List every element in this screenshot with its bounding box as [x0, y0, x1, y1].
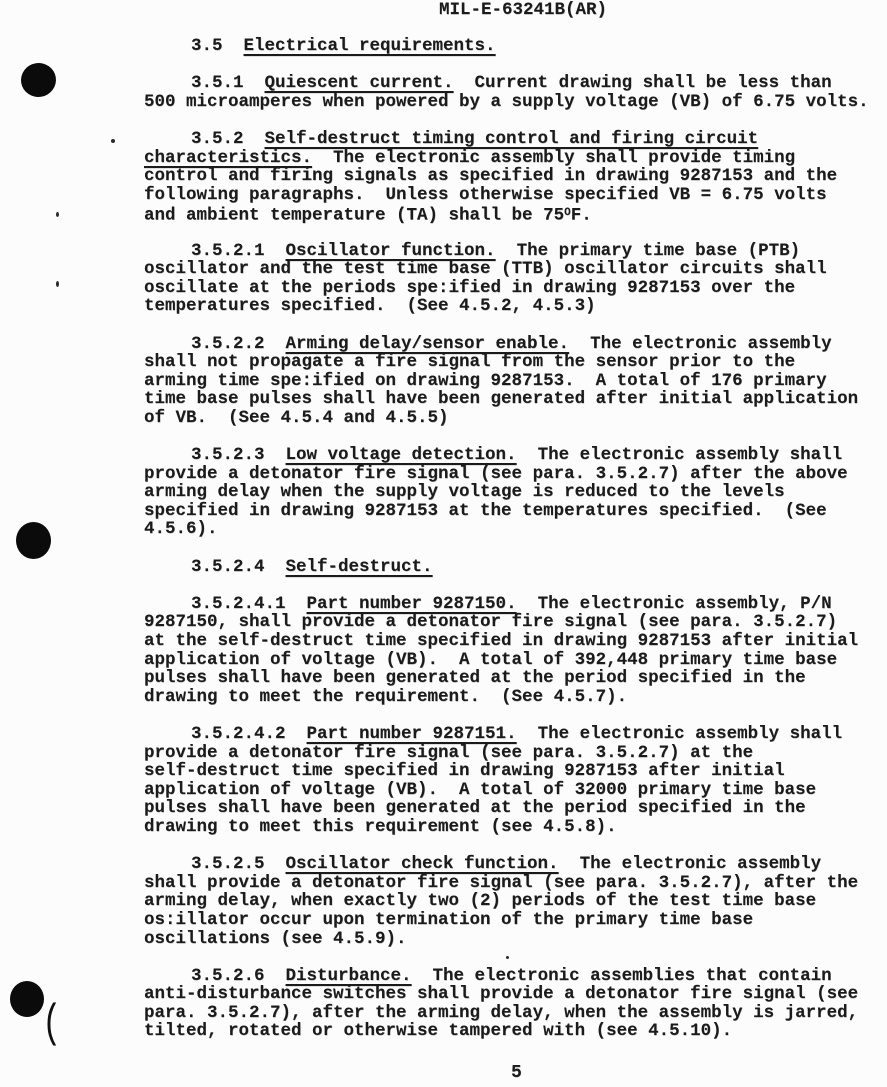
text-line: drawing to meet this requirement (see 4.… [144, 818, 884, 837]
text-segment: anti-disturbance switches shall provide … [144, 984, 858, 1004]
text-segment: self-destruct time specified in drawing … [144, 761, 785, 781]
text-segment: oscillator and the test time base (TTB) … [144, 259, 827, 279]
text-line: shall provide a detonator fire signal (s… [144, 874, 884, 893]
text-line: control and firing signals as specified … [144, 167, 884, 186]
text-line: oscillations (see 4.5.9). [144, 930, 884, 949]
text-line: arming delay when the supply voltage is … [144, 483, 884, 502]
text-segment: 3.5.2.6 [191, 966, 286, 986]
text-line: application of voltage (VB). A total of … [144, 781, 884, 800]
text-line: 3.5.2.5 Oscillator check function. The e… [144, 855, 884, 874]
text-segment: specified in drawing 9287153 at the temp… [144, 501, 827, 521]
paragraph-3.5.2.5: 3.5.2.5 Oscillator check function. The e… [144, 855, 884, 948]
text-line: arming time spe:ified on drawing 9287153… [144, 372, 884, 391]
text-line: pulses shall have been generated at the … [144, 669, 884, 688]
underlined-heading: Low voltage detection. [286, 445, 517, 465]
text-segment: The electronic assembly shall provide ti… [312, 148, 795, 168]
text-line: 3.5.2.2 Arming delay/sensor enable. The … [144, 335, 884, 354]
text-segment: The electronic assembly shall [517, 724, 843, 744]
text-segment: The electronic assembly [559, 854, 822, 874]
text-line: provide a detonator fire signal (see par… [144, 744, 884, 763]
text-segment: The electronic assembly [569, 334, 832, 354]
text-segment: 4.5.6). [144, 519, 218, 539]
paragraph-3.5.1: 3.5.1 Quiescent current. Current drawing… [144, 74, 884, 111]
paragraph-3.5.2.4.1: 3.5.2.4.1 Part number 9287150. The elect… [144, 595, 884, 707]
text-segment: os:illator occur upon termination of the… [144, 910, 753, 930]
text-segment: The electronic assembly shall [517, 445, 843, 465]
document-id-header: MIL-E-63241B(AR) [439, 1, 607, 20]
text-line: of VB. (See 4.5.4 and 4.5.5) [144, 409, 884, 428]
text-segment: time base pulses shall have been generat… [144, 389, 858, 409]
text-segment: shall provide a detonator fire signal (s… [144, 873, 858, 893]
text-line: 3.5.2.6 Disturbance. The electronic asse… [144, 967, 884, 986]
text-line: and ambient temperature (TA) shall be 75… [144, 204, 884, 223]
text-segment: application of voltage (VB). A total of … [144, 780, 816, 800]
text-line: shall not propagate a fire signal from t… [144, 353, 884, 372]
text-segment: 3.5 [191, 36, 244, 56]
text-line: tilted, rotated or otherwise tampered wi… [144, 1022, 884, 1041]
text-line: provide a detonator fire signal (see par… [144, 465, 884, 484]
text-line: 9287150, shall provide a detonator fire … [144, 613, 884, 632]
paragraph-3.5.2.1: 3.5.2.1 Oscillator function. The primary… [144, 242, 884, 316]
text-segment: drawing to meet this requirement (see 4.… [144, 817, 617, 837]
text-line: application of voltage (VB). A total of … [144, 651, 884, 670]
underlined-heading: Quiescent current. [265, 73, 454, 93]
hole-punch-mark [10, 981, 44, 1017]
text-segment: 3.5.2.4.2 [191, 724, 307, 744]
scan-speck [56, 212, 59, 217]
text-segment: arming delay when the supply voltage is … [144, 482, 785, 502]
text-segment: shall not propagate a fire signal from t… [144, 352, 795, 372]
text-segment: temperatures specified. (See 4.5.2, 4.5.… [144, 296, 596, 316]
text-segment: 500 microamperes when powered by a suppl… [144, 92, 869, 112]
underlined-heading: Oscillator check function. [286, 854, 559, 874]
text-line: 3.5.1 Quiescent current. Current drawing… [144, 74, 884, 93]
paragraph-3.5.2.3: 3.5.2.3 Low voltage detection. The elect… [144, 446, 884, 539]
text-line: pulses shall have been generated at the … [144, 799, 884, 818]
text-segment: 3.5.1 [191, 73, 265, 93]
text-segment: tilted, rotated or otherwise tampered wi… [144, 1021, 732, 1041]
text-segment: pulses shall have been generated at the … [144, 668, 806, 688]
text-segment: pulses shall have been generated at the … [144, 798, 806, 818]
text-segment: 3.5.2.5 [191, 854, 286, 874]
paragraph-3.5.2: 3.5.2 Self-destruct timing control and f… [144, 130, 884, 223]
underlined-heading: Part number 9287151. [307, 724, 517, 744]
text-segment: 3.5.2.2 [191, 334, 286, 354]
page-number: 5 [511, 1063, 522, 1083]
text-segment: drawing to meet the requirement. (See 4.… [144, 687, 627, 707]
text-line: os:illator occur upon termination of the… [144, 911, 884, 930]
text-line: para. 3.5.2.7), after the arming delay, … [144, 1004, 884, 1023]
text-line: following paragraphs. Unless otherwise s… [144, 186, 884, 205]
text-segment: F. [571, 206, 592, 226]
text-line: 3.5.2.4.2 Part number 9287151. The elect… [144, 725, 884, 744]
superscript-degree: O [564, 207, 571, 219]
text-segment: 3.5.2.4 [191, 557, 286, 577]
underlined-heading: Arming delay/sensor enable. [286, 334, 570, 354]
text-segment: 3.5.2.3 [191, 445, 286, 465]
text-line: temperatures specified. (See 4.5.2, 4.5.… [144, 297, 884, 316]
text-segment: The electronic assemblies that contain [412, 966, 832, 986]
scan-speck [111, 139, 115, 143]
text-segment: para. 3.5.2.7), after the arming delay, … [144, 1003, 858, 1023]
hole-punch-mark [19, 60, 59, 99]
text-segment: provide a detonator fire signal (see par… [144, 743, 753, 763]
text-line: specified in drawing 9287153 at the temp… [144, 502, 884, 521]
text-segment: and ambient temperature (TA) shall be 75 [144, 206, 564, 226]
underlined-heading: Self-destruct. [286, 557, 433, 577]
scanned-document-page: MIL-E-63241B(AR) 3.5 Electrical requirem… [0, 0, 887, 1087]
underlined-heading: Part number 9287150. [307, 594, 517, 614]
text-line: time base pulses shall have been generat… [144, 390, 884, 409]
text-segment: 3.5.2 [191, 129, 265, 149]
text-line: 3.5.2.4 Self-destruct. [144, 558, 884, 577]
underlined-heading: characteristics. [144, 148, 312, 168]
text-line: drawing to meet the requirement. (See 4.… [144, 688, 884, 707]
underlined-heading: Oscillator function. [286, 241, 496, 261]
text-line: oscillator and the test time base (TTB) … [144, 260, 884, 279]
text-segment: arming time spe:ified on drawing 9287153… [144, 371, 827, 391]
text-segment: The primary time base (PTB) [496, 241, 801, 261]
underlined-heading: Disturbance. [286, 966, 412, 986]
scan-speck [56, 281, 59, 287]
text-segment: 3.5.2.4.1 [191, 594, 307, 614]
text-line: 3.5.2.4.1 Part number 9287150. The elect… [144, 595, 884, 614]
text-segment: of VB. (See 4.5.4 and 4.5.5) [144, 408, 449, 428]
text-segment: control and firing signals as specified … [144, 166, 837, 186]
text-line: anti-disturbance switches shall provide … [144, 985, 884, 1004]
text-line: at the self-destruct time specified in d… [144, 632, 884, 651]
text-line: 3.5.2 Self-destruct timing control and f… [144, 130, 884, 149]
text-line: 3.5.2.3 Low voltage detection. The elect… [144, 446, 884, 465]
document-body: 3.5 Electrical requirements.3.5.1 Quiesc… [144, 37, 884, 1060]
text-line: 4.5.6). [144, 520, 884, 539]
hole-punch-mark [16, 522, 51, 559]
paragraph-3.5.2.4.2: 3.5.2.4.2 Part number 9287151. The elect… [144, 725, 884, 837]
underlined-heading: Electrical requirements. [244, 36, 496, 56]
underlined-heading: Self-destruct timing control and firing … [265, 129, 759, 149]
paragraph-3.5.2.6: 3.5.2.6 Disturbance. The electronic asse… [144, 967, 884, 1041]
text-line: 3.5 Electrical requirements. [144, 37, 884, 56]
text-segment: at the self-destruct time specified in d… [144, 631, 858, 651]
text-segment: oscillations (see 4.5.9). [144, 929, 407, 949]
text-line: 3.5.2.1 Oscillator function. The primary… [144, 242, 884, 261]
text-segment: arming delay, when exactly two (2) perio… [144, 891, 816, 911]
paren-pen-mark: ( [42, 998, 61, 1050]
text-segment: 9287150, shall provide a detonator fire … [144, 612, 837, 632]
text-segment: The electronic assembly, P/N [517, 594, 832, 614]
text-segment: 3.5.2.1 [191, 241, 286, 261]
text-segment: application of voltage (VB). A total of … [144, 650, 837, 670]
text-line: self-destruct time specified in drawing … [144, 762, 884, 781]
scan-speck [506, 956, 509, 959]
text-line: 500 microamperes when powered by a suppl… [144, 93, 884, 112]
text-segment: following paragraphs. Unless otherwise s… [144, 185, 827, 205]
text-line: oscillate at the periods spe:ified in dr… [144, 279, 884, 298]
paragraph-3.5: 3.5 Electrical requirements. [144, 37, 884, 56]
text-segment: oscillate at the periods spe:ified in dr… [144, 278, 795, 298]
text-segment: Current drawing shall be less than [454, 73, 832, 93]
text-segment: provide a detonator fire signal (see par… [144, 464, 848, 484]
paragraph-3.5.2.4: 3.5.2.4 Self-destruct. [144, 558, 884, 577]
text-line: characteristics. The electronic assembly… [144, 149, 884, 168]
paragraph-3.5.2.2: 3.5.2.2 Arming delay/sensor enable. The … [144, 335, 884, 428]
text-line: arming delay, when exactly two (2) perio… [144, 892, 884, 911]
